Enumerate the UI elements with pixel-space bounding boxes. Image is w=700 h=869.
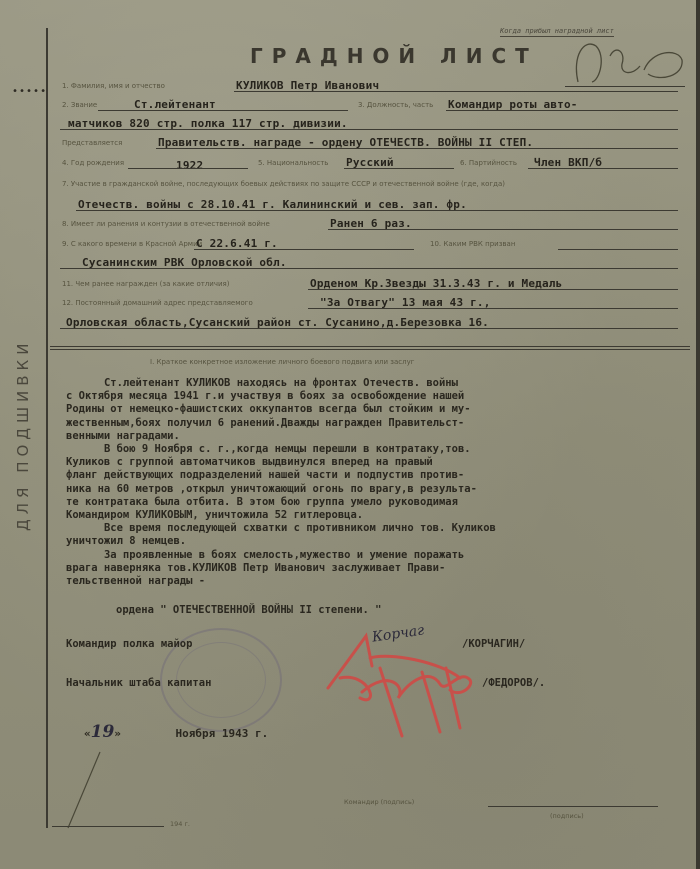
document-date: «19» Ноября 1943 г. [84, 722, 268, 742]
field-full-name: 1. Фамилия, имя и отчество КУЛИКОВ Петр … [58, 78, 688, 96]
date-day: 19 [91, 722, 115, 742]
field-nominated-for: Представляется Правительств. награде - о… [58, 135, 688, 153]
field-war-participation: 7. Участие в гражданской войне, последую… [58, 178, 688, 196]
field-unit-continued: матчиков 820 стр. полка 117 стр. дивизии… [58, 116, 688, 134]
date-month-year: Ноября 1943 г. [176, 727, 269, 740]
field-home-address: 12. Постоянный домашний адрес представля… [58, 295, 688, 313]
field-previous-awards: 11. Чем ранее награжден (за какие отличи… [58, 276, 688, 294]
footer-right-sublabel: (подпись) [550, 812, 584, 820]
feat-description: Ст.лейтенант КУЛИКОВ находясь на фронтах… [66, 377, 686, 588]
field-war-participation-value: Отечеств. войны с 28.10.41 г. Калинински… [58, 197, 688, 215]
field-rank-position: 2. Звание Ст.лейтенант 3. Должность, час… [58, 97, 688, 115]
red-signature-icon [310, 628, 490, 738]
pencil-stroke-icon [60, 750, 120, 830]
margin-dots: ••••• [12, 86, 47, 97]
document-title: ГРАДНОЙ ЛИСТ [250, 44, 538, 68]
award-name: ордена " ОТЕЧЕСТВЕННОЙ ВОЙНЫ II степени.… [116, 604, 382, 616]
commander-title: Командир полка майор [66, 638, 192, 650]
side-label: ДЛЯ ПОДШИВКИ [14, 300, 36, 570]
section-divider-top [50, 346, 690, 347]
section-divider-bottom [50, 349, 690, 350]
field-rvk-value: Сусанинским РВК Орловской обл. [58, 255, 688, 273]
chief-of-staff-title: Начальник штаба капитан [66, 677, 211, 689]
footer-right-label: Командир (подпись) [344, 798, 414, 806]
footer-left-line [52, 826, 164, 827]
binding-margin-line [46, 28, 48, 828]
footer-left-label: 194 г. [170, 820, 190, 828]
field-address-continued: Орловская область,Сусанский район ст. Су… [58, 315, 688, 333]
chief-of-staff-name: /ФЕДОРОВ/. [482, 677, 545, 689]
scan-edge [696, 0, 700, 869]
section-heading: I. Краткое конкретное изложение личного … [150, 358, 414, 366]
field-army-since-rvk: 9. С какого времени в Красной Армии С 22… [58, 236, 688, 254]
footer-right-line [488, 806, 658, 807]
field-birth-nationality-party: 4. Год рождения 1922 5. Национальность Р… [58, 155, 688, 173]
field-wounds: 8. Имеет ли ранения и контузии в отечест… [58, 216, 688, 234]
